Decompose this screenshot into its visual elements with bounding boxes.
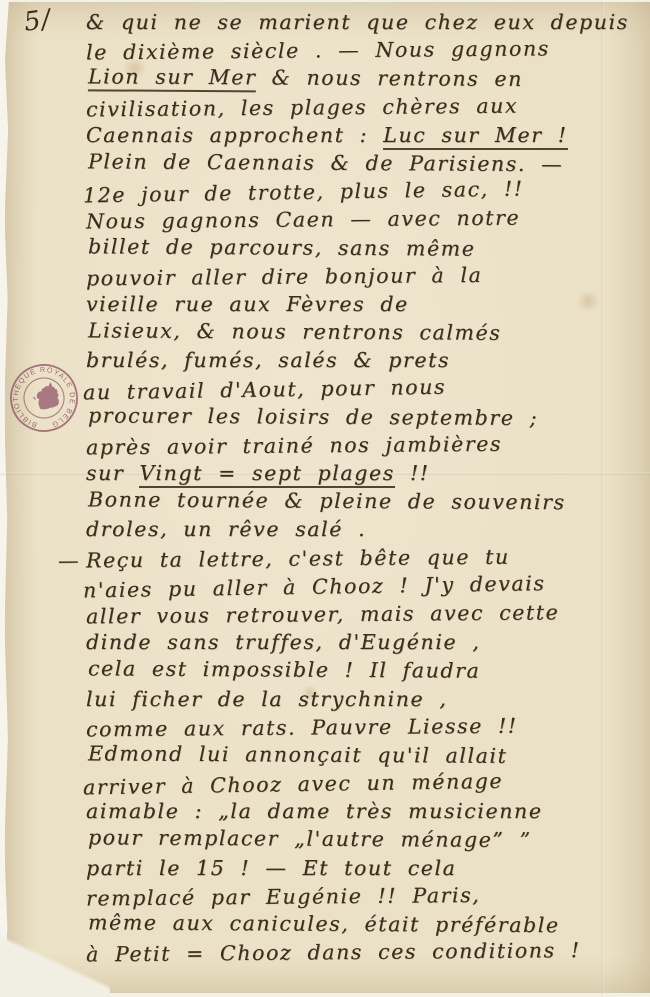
handwritten-text: n'aies pu aller à Chooz ! J'y devais	[83, 571, 546, 602]
letter-line: arriver à Chooz avec un ménage	[83, 765, 637, 802]
handwritten-text: après avoir trainé nos jambières	[86, 432, 502, 460]
underlined-phrase: Luc sur Mer !	[383, 123, 567, 150]
letter-line: même aux canicules, était préférable	[88, 908, 642, 940]
handwritten-text: pouvoir aller dire bonjour à la	[86, 263, 483, 290]
letter-line: aimable : „la dame très musicienne	[86, 797, 640, 825]
letter-line: & qui ne se marient que chez eux depuis	[86, 8, 640, 36]
letter-line: procurer les loisirs de septembre ;	[88, 401, 642, 433]
handwritten-text: Plein de Caennais & de Parisiens. —	[88, 149, 563, 176]
handwritten-text: dinde sans truffes, d'Eugénie ,	[86, 630, 480, 654]
letter-line: Nous gagnons Caen — avec notre	[86, 203, 640, 236]
letter-line: civilisation, les plages chères aux	[86, 90, 640, 123]
handwritten-text: arriver à Chooz avec un ménage	[83, 769, 503, 800]
handwritten-text: vieille rue aux Fèvres de	[86, 292, 409, 316]
letter-line: lui ficher de la strychnine ,	[86, 685, 640, 713]
handwritten-text: pour remplacer „l'autre ménage” ”	[88, 826, 532, 853]
letter-line: remplacé par Eugénie !! Paris,	[86, 879, 640, 912]
handwritten-text: aller vous retrouver, mais avec cette	[86, 600, 560, 628]
handwritten-text: comme aux rats. Pauvre Liesse !!	[86, 713, 518, 741]
letter-line: pour remplacer „l'autre ménage” ”	[88, 824, 642, 856]
underlined-phrase: Lion sur Mer	[88, 65, 257, 93]
letter-line: à Petit = Chooz dans ces conditions !	[86, 936, 640, 969]
handwritten-text: Caennais approchent :	[86, 123, 383, 147]
paragraph-dash: —	[58, 546, 80, 574]
handwritten-text: Reçu ta lettre, c'est bête que tu	[86, 544, 510, 572]
letter-line: pouvoir aller dire bonjour à la	[86, 259, 640, 292]
handwritten-text: parti le 15 ! — Et tout cela	[86, 856, 456, 880]
letter-line: après avoir trainé nos jambières	[86, 428, 640, 461]
letter-line: billet de parcours, sans même	[88, 232, 642, 264]
letter-lines: & qui ne se marient que chez eux depuisl…	[0, 4, 640, 966]
handwritten-text: aimable : „la dame très musicienne	[86, 799, 543, 823]
handwritten-text: même aux canicules, était préférable	[88, 910, 560, 937]
handwritten-text: billet de parcours, sans même	[88, 234, 476, 260]
handwritten-text: civilisation, les plages chères aux	[86, 93, 518, 121]
handwritten-text: remplacé par Eugénie !! Paris,	[86, 883, 481, 910]
handwritten-text: & nous rentrons en	[256, 66, 523, 92]
handwritten-text: sur	[86, 461, 139, 485]
handwritten-text: cela est impossible ! Il faudra	[88, 657, 481, 683]
handwritten-text: Bonne tournée & pleine de souvenirs	[88, 488, 566, 515]
handwritten-text: le dixième siècle . — Nous gagnons	[86, 37, 550, 65]
letter-line: Caennais approchent : Luc sur Mer !	[86, 121, 640, 149]
letter-line: dinde sans truffes, d'Eugénie ,	[86, 628, 640, 656]
handwritten-text: Lisieux, & nous rentrons calmés	[88, 318, 502, 345]
handwritten-text: brulés, fumés, salés & prets	[86, 348, 450, 372]
letter-line: cela est impossible ! Il faudra	[88, 655, 642, 687]
handwritten-text: !!	[395, 461, 430, 485]
handwritten-text: à Petit = Chooz dans ces conditions !	[86, 938, 581, 966]
letter-line: Lisieux, & nous rentrons calmés	[88, 316, 642, 348]
handwritten-text: Edmond lui annonçait qu'il allait	[88, 741, 508, 768]
scanned-letter-page: 5/ BIBLIOTHÈQUE ROYALE DE BELGIQUE & qui…	[0, 0, 650, 997]
letter-line: aller vous retrouver, mais avec cette	[86, 598, 640, 631]
letter-line: vieille rue aux Fèvres de	[86, 290, 640, 318]
letter-line: sur Vingt = sept plages !!	[86, 459, 640, 487]
handwritten-text: lui ficher de la strychnine ,	[86, 687, 448, 711]
letter-line: comme aux rats. Pauvre Liesse !!	[86, 710, 640, 743]
underlined-phrase: Vingt = sept plages	[139, 461, 394, 488]
letter-line: Lion sur Mer & nous rentrons en	[88, 63, 642, 95]
letter-line: droles, un rêve salé .	[86, 515, 640, 543]
handwritten-text: 12e jour de trotte, plus le sac, !!	[83, 177, 524, 208]
handwritten-text: droles, un rêve salé .	[86, 517, 366, 541]
letter-line: Bonne tournée & pleine de souvenirs	[88, 486, 642, 518]
handwritten-text: au travail d'Aout, pour nous	[83, 375, 446, 405]
letter-line: parti le 15 ! — Et tout cela	[86, 854, 640, 882]
handwritten-text: Nous gagnons Caen — avec notre	[86, 206, 520, 234]
handwritten-text: & qui ne se marient que chez eux depuis	[86, 10, 629, 34]
handwritten-text: procurer les loisirs de septembre ;	[88, 403, 538, 430]
